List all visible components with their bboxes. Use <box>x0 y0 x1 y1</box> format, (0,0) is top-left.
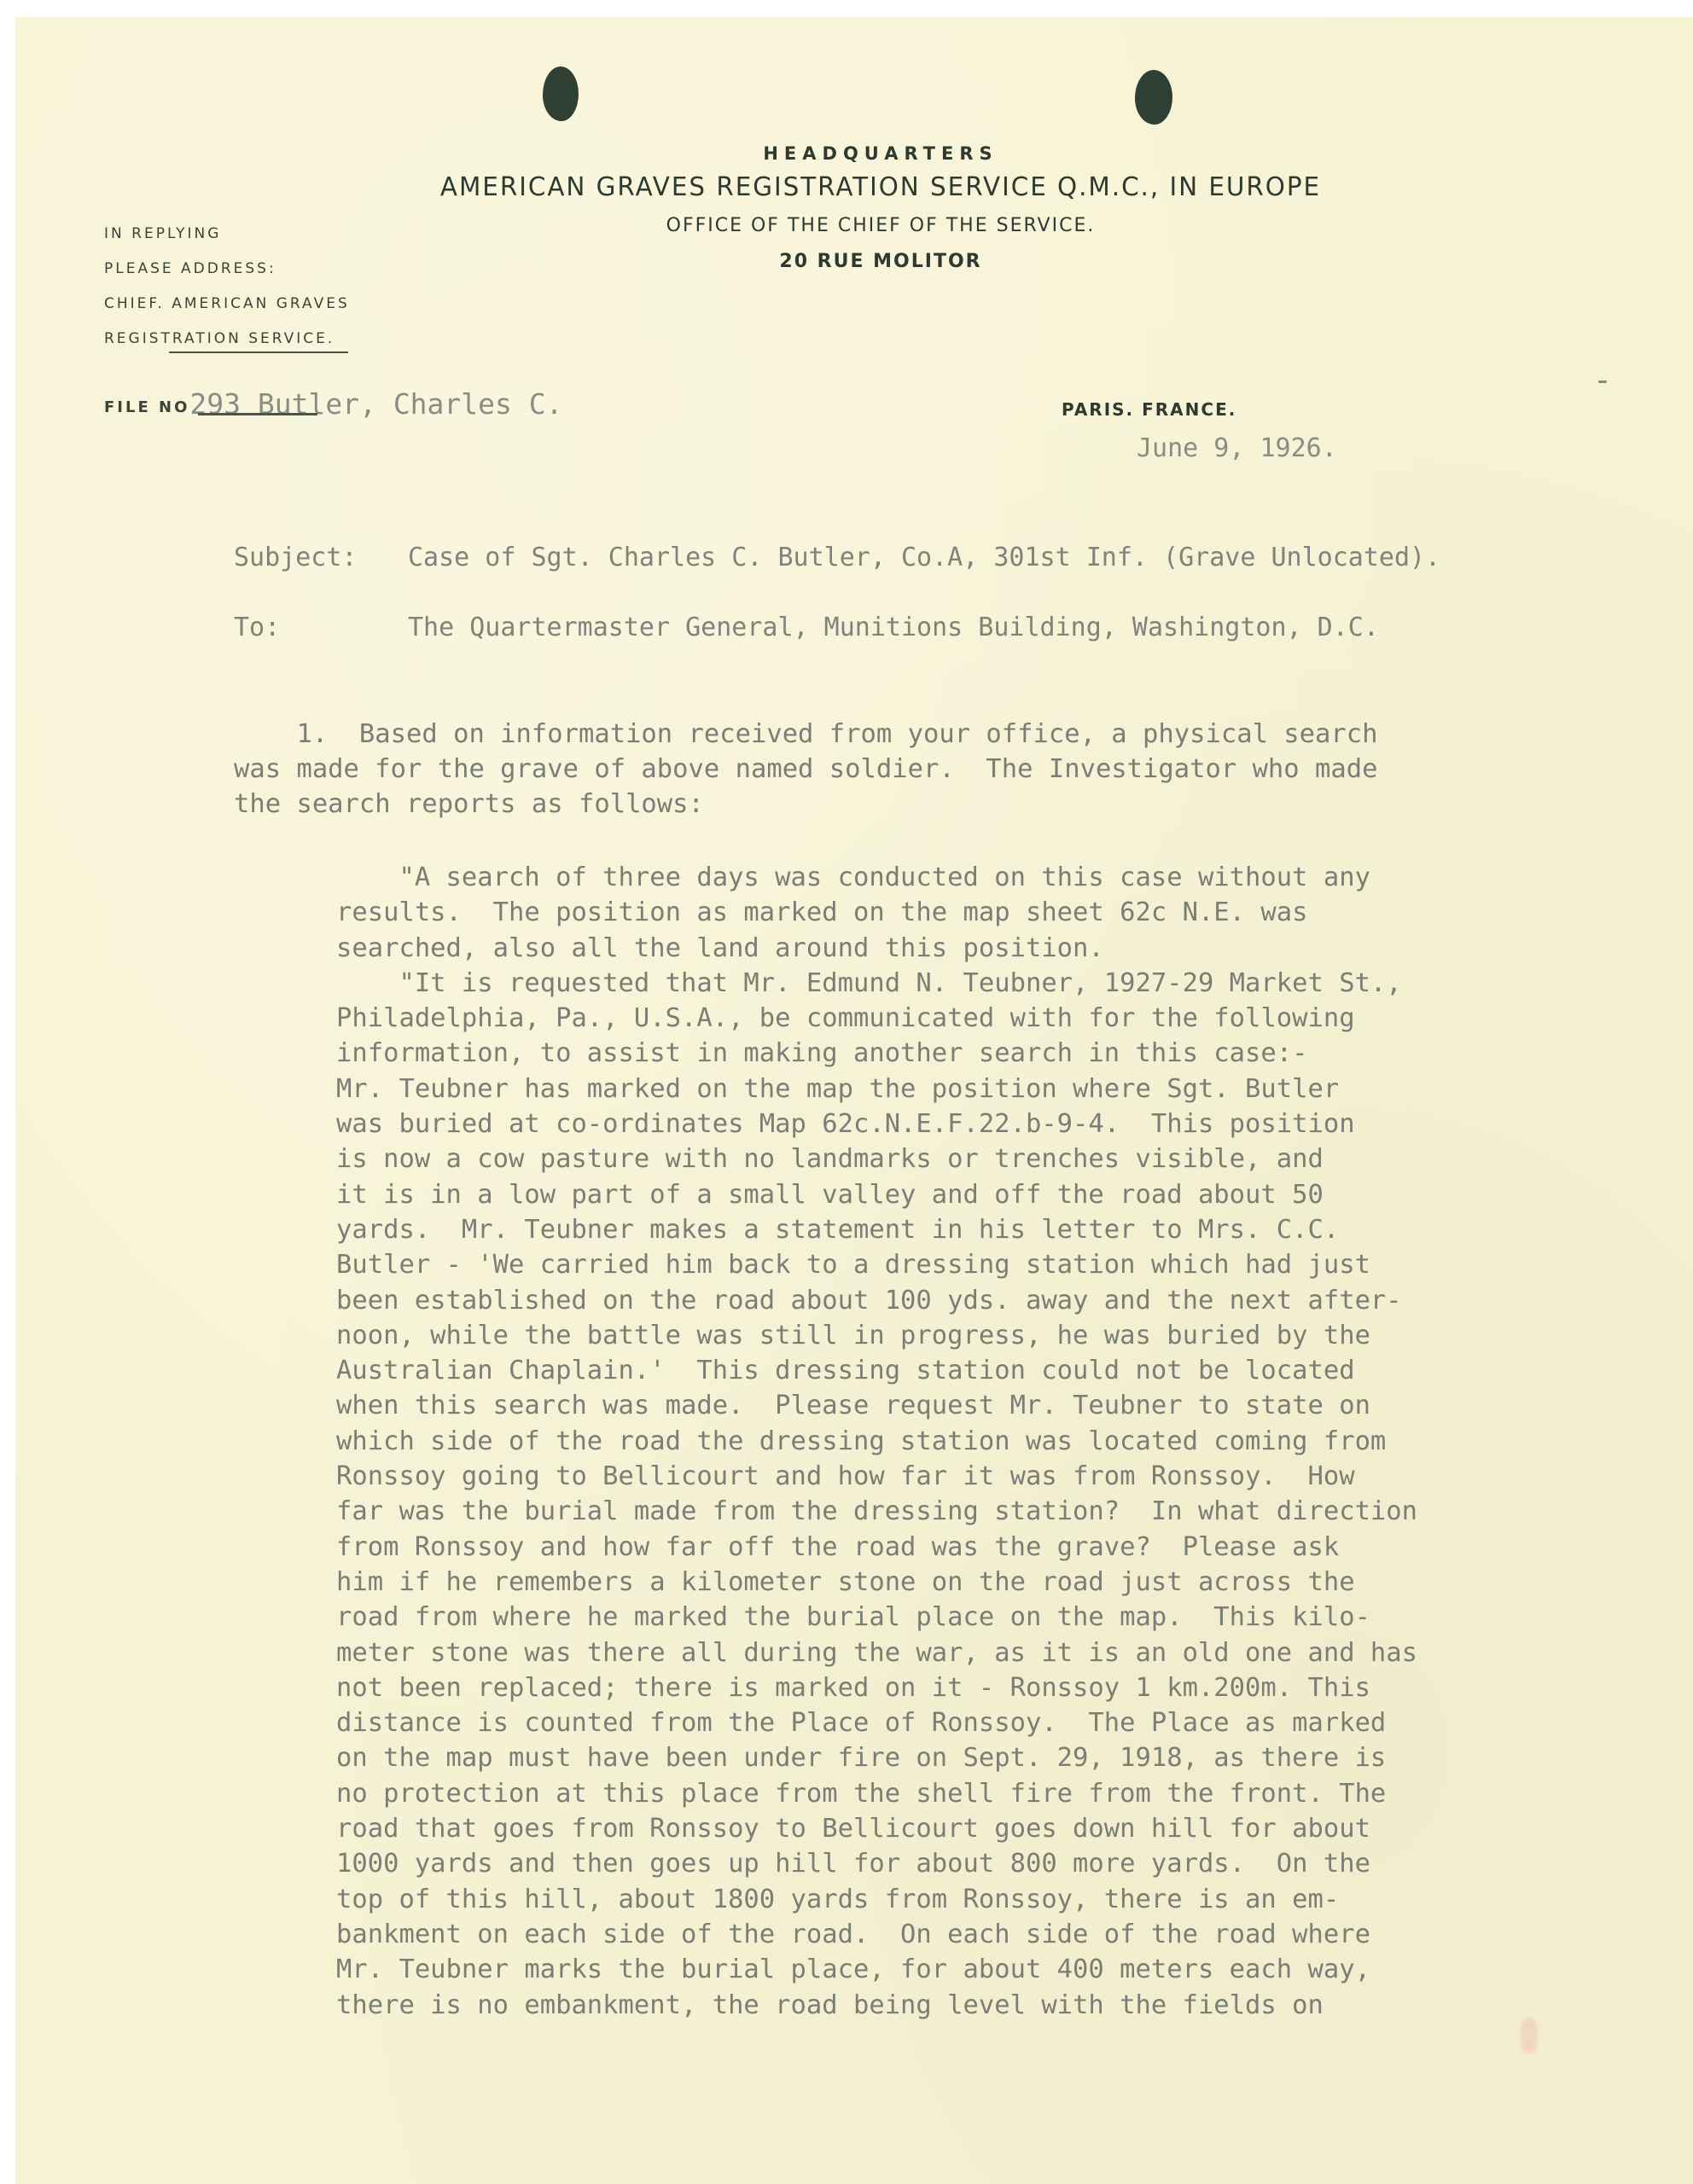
report-line: there is no embankment, the road being l… <box>336 1988 1417 2023</box>
report-line: from Ronssoy and how far off the road wa… <box>336 1530 1417 1565</box>
report-line: results. The position as marked on the m… <box>336 895 1417 930</box>
reply-line: CHIEF. AMERICAN GRAVES <box>104 287 350 322</box>
report-line: been established on the road about 100 y… <box>336 1283 1417 1318</box>
report-line: when this search was made. Please reques… <box>336 1388 1417 1423</box>
report-line: on the map must have been under fire on … <box>336 1740 1417 1775</box>
reply-instructions: IN REPLYING PLEASE ADDRESS: CHIEF. AMERI… <box>104 217 350 357</box>
report-line: noon, while the battle was still in prog… <box>336 1318 1417 1353</box>
report-line: "It is requested that Mr. Edmund N. Teub… <box>336 966 1417 1001</box>
margin-mark <box>1598 380 1607 383</box>
quoted-report: "A search of three days was conducted on… <box>336 860 1417 2023</box>
report-line: "A search of three days was conducted on… <box>336 860 1417 895</box>
file-number-value: 293 Butler, Charles C. <box>189 387 562 421</box>
paragraph-line: was made for the grave of above named so… <box>234 752 1377 787</box>
report-line: Australian Chaplain.' This dressing stat… <box>336 1353 1417 1388</box>
file-number-rule <box>198 413 317 415</box>
paper-stain <box>1521 2018 1538 2053</box>
report-line: Mr. Teubner marks the burial place, for … <box>336 1952 1417 1987</box>
report-line: Butler - 'We carried him back to a dress… <box>336 1247 1417 1282</box>
to-value: The Quartermaster General, Munitions Bui… <box>408 613 1379 642</box>
report-line: bankment on each side of the road. On ea… <box>336 1917 1417 1952</box>
report-line: is now a cow pasture with no landmarks o… <box>336 1141 1417 1176</box>
file-number-label: FILE NO <box>104 398 189 416</box>
report-line: yards. Mr. Teubner makes a statement in … <box>336 1212 1417 1247</box>
to-label: To: <box>234 613 280 642</box>
reply-line: IN REPLYING <box>104 217 350 252</box>
report-line: meter stone was there all during the war… <box>336 1635 1417 1670</box>
report-line: it is in a low part of a small valley an… <box>336 1177 1417 1212</box>
report-line: far was the burial made from the dressin… <box>336 1494 1417 1529</box>
report-line: Mr. Teubner has marked on the map the po… <box>336 1072 1417 1107</box>
report-line: him if he remembers a kilometer stone on… <box>336 1565 1417 1600</box>
place-line: PARIS. FRANCE. <box>1062 399 1236 420</box>
subject-value: Case of Sgt. Charles C. Butler, Co.A, 30… <box>408 543 1440 572</box>
report-line: no protection at this place from the she… <box>336 1776 1417 1811</box>
letterhead-headquarters: HEADQUARTERS <box>34 143 1693 164</box>
paragraph-line: the search reports as follows: <box>234 787 1377 822</box>
reply-underline <box>169 351 348 353</box>
report-line: distance is counted from the Place of Ro… <box>336 1705 1417 1740</box>
report-line: information, to assist in making another… <box>336 1036 1417 1071</box>
report-line: was buried at co-ordinates Map 62c.N.E.F… <box>336 1107 1417 1141</box>
report-line: Philadelphia, Pa., U.S.A., be communicat… <box>336 1001 1417 1036</box>
paragraph-1: 1. Based on information received from yo… <box>234 717 1377 822</box>
report-line: top of this hill, about 1800 yards from … <box>336 1882 1417 1917</box>
report-line: Ronssoy going to Bellicourt and how far … <box>336 1459 1417 1494</box>
reply-line: PLEASE ADDRESS: <box>104 252 350 287</box>
letter-date: June 9, 1926. <box>1137 433 1337 463</box>
report-line: 1000 yards and then goes up hill for abo… <box>336 1846 1417 1881</box>
punch-hole-icon <box>1135 70 1172 125</box>
paragraph-line: 1. Based on information received from yo… <box>234 717 1377 752</box>
letterhead-organization: AMERICAN GRAVES REGISTRATION SERVICE Q.M… <box>51 172 1693 202</box>
report-line: searched, also all the land around this … <box>336 931 1417 966</box>
file-number: FILE NO293 Butler, Charles C. <box>104 386 563 419</box>
report-line: road from where he marked the burial pla… <box>336 1600 1417 1635</box>
report-line: which side of the road the dressing stat… <box>336 1424 1417 1459</box>
punch-hole-icon <box>543 67 579 121</box>
report-line: not been replaced; there is marked on it… <box>336 1670 1417 1705</box>
subject-label: Subject: <box>234 543 358 572</box>
report-line: road that goes from Ronssoy to Bellicour… <box>336 1811 1417 1846</box>
